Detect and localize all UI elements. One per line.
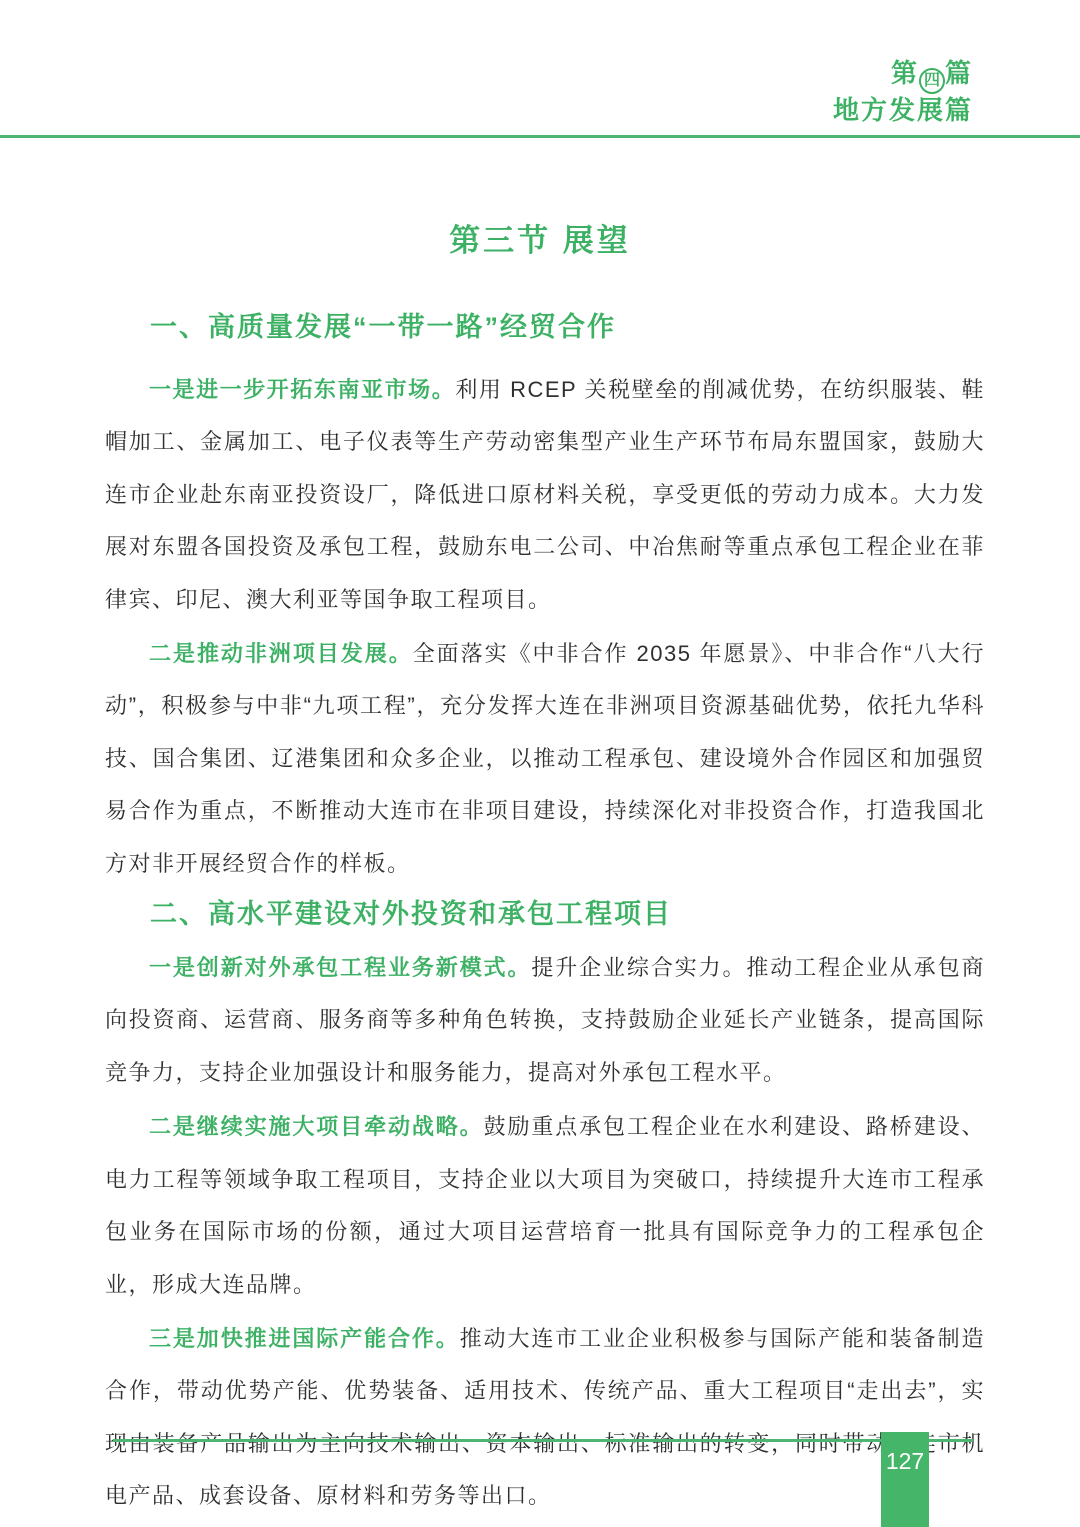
header-divider xyxy=(0,135,1080,138)
section-heading-2: 二、高水平建设对外投资和承包工程项目 xyxy=(105,892,985,936)
paragraph: 一是进一步开拓东南亚市场。利用 RCEP 关税壁垒的削减优势，在纺织服装、鞋帽加… xyxy=(105,364,985,626)
header-part-suffix: 篇 xyxy=(945,58,973,88)
paragraph: 一是创新对外承包工程业务新模式。提升企业综合实力。推动工程企业从承包商向投资商、… xyxy=(105,942,985,1099)
footer-divider xyxy=(113,1439,973,1442)
paragraph: 二是推动非洲项目发展。全面落实《中非合作 2035 年愿景》、中非合作“八大行动… xyxy=(105,628,985,890)
paragraph-lead: 三是加快推进国际产能合作。 xyxy=(149,1326,460,1351)
paragraph-lead: 一是创新对外承包工程业务新模式。 xyxy=(149,955,531,980)
paragraph-lead: 一是进一步开拓东南亚市场。 xyxy=(149,377,455,402)
paragraph-text: 推动大连市工业企业积极参与国际产能和装备制造合作，带动优势产能、优势装备、适用技… xyxy=(105,1326,985,1508)
header-part-number: 第四篇 xyxy=(833,57,973,94)
paragraph-lead: 二是推动非洲项目发展。 xyxy=(149,641,413,666)
paragraph-text: 全面落实《中非合作 2035 年愿景》、中非合作“八大行动”，积极参与中非“九项… xyxy=(105,641,985,876)
circled-four-icon: 四 xyxy=(919,68,945,94)
paragraph: 二是继续实施大项目牵动战略。鼓励重点承包工程企业在水利建设、路桥建设、电力工程等… xyxy=(105,1101,985,1311)
paragraph: 三是加快推进国际产能合作。推动大连市工业企业积极参与国际产能和装备制造合作，带动… xyxy=(105,1313,985,1523)
page-title: 第三节 展望 xyxy=(0,215,1080,260)
page-number-badge: 127 xyxy=(881,1432,929,1527)
document-body: 一、高质量发展“一带一路”经贸合作 一是进一步开拓东南亚市场。利用 RCEP 关… xyxy=(105,305,985,1525)
page-header: 第四篇 地方发展篇 xyxy=(833,57,973,127)
section-heading-1: 一、高质量发展“一带一路”经贸合作 xyxy=(105,305,985,349)
paragraph-text: 利用 RCEP 关税壁垒的削减优势，在纺织服装、鞋帽加工、金属加工、电子仪表等生… xyxy=(105,377,985,612)
paragraph-text: 鼓励重点承包工程企业在水利建设、路桥建设、电力工程等领域争取工程项目，支持企业以… xyxy=(105,1114,985,1296)
paragraph-lead: 二是继续实施大项目牵动战略。 xyxy=(149,1114,484,1139)
header-subtitle: 地方发展篇 xyxy=(833,94,973,127)
header-part-prefix: 第 xyxy=(891,58,919,88)
document-page: 第四篇 地方发展篇 第三节 展望 一、高质量发展“一带一路”经贸合作 一是进一步… xyxy=(0,0,1080,1527)
